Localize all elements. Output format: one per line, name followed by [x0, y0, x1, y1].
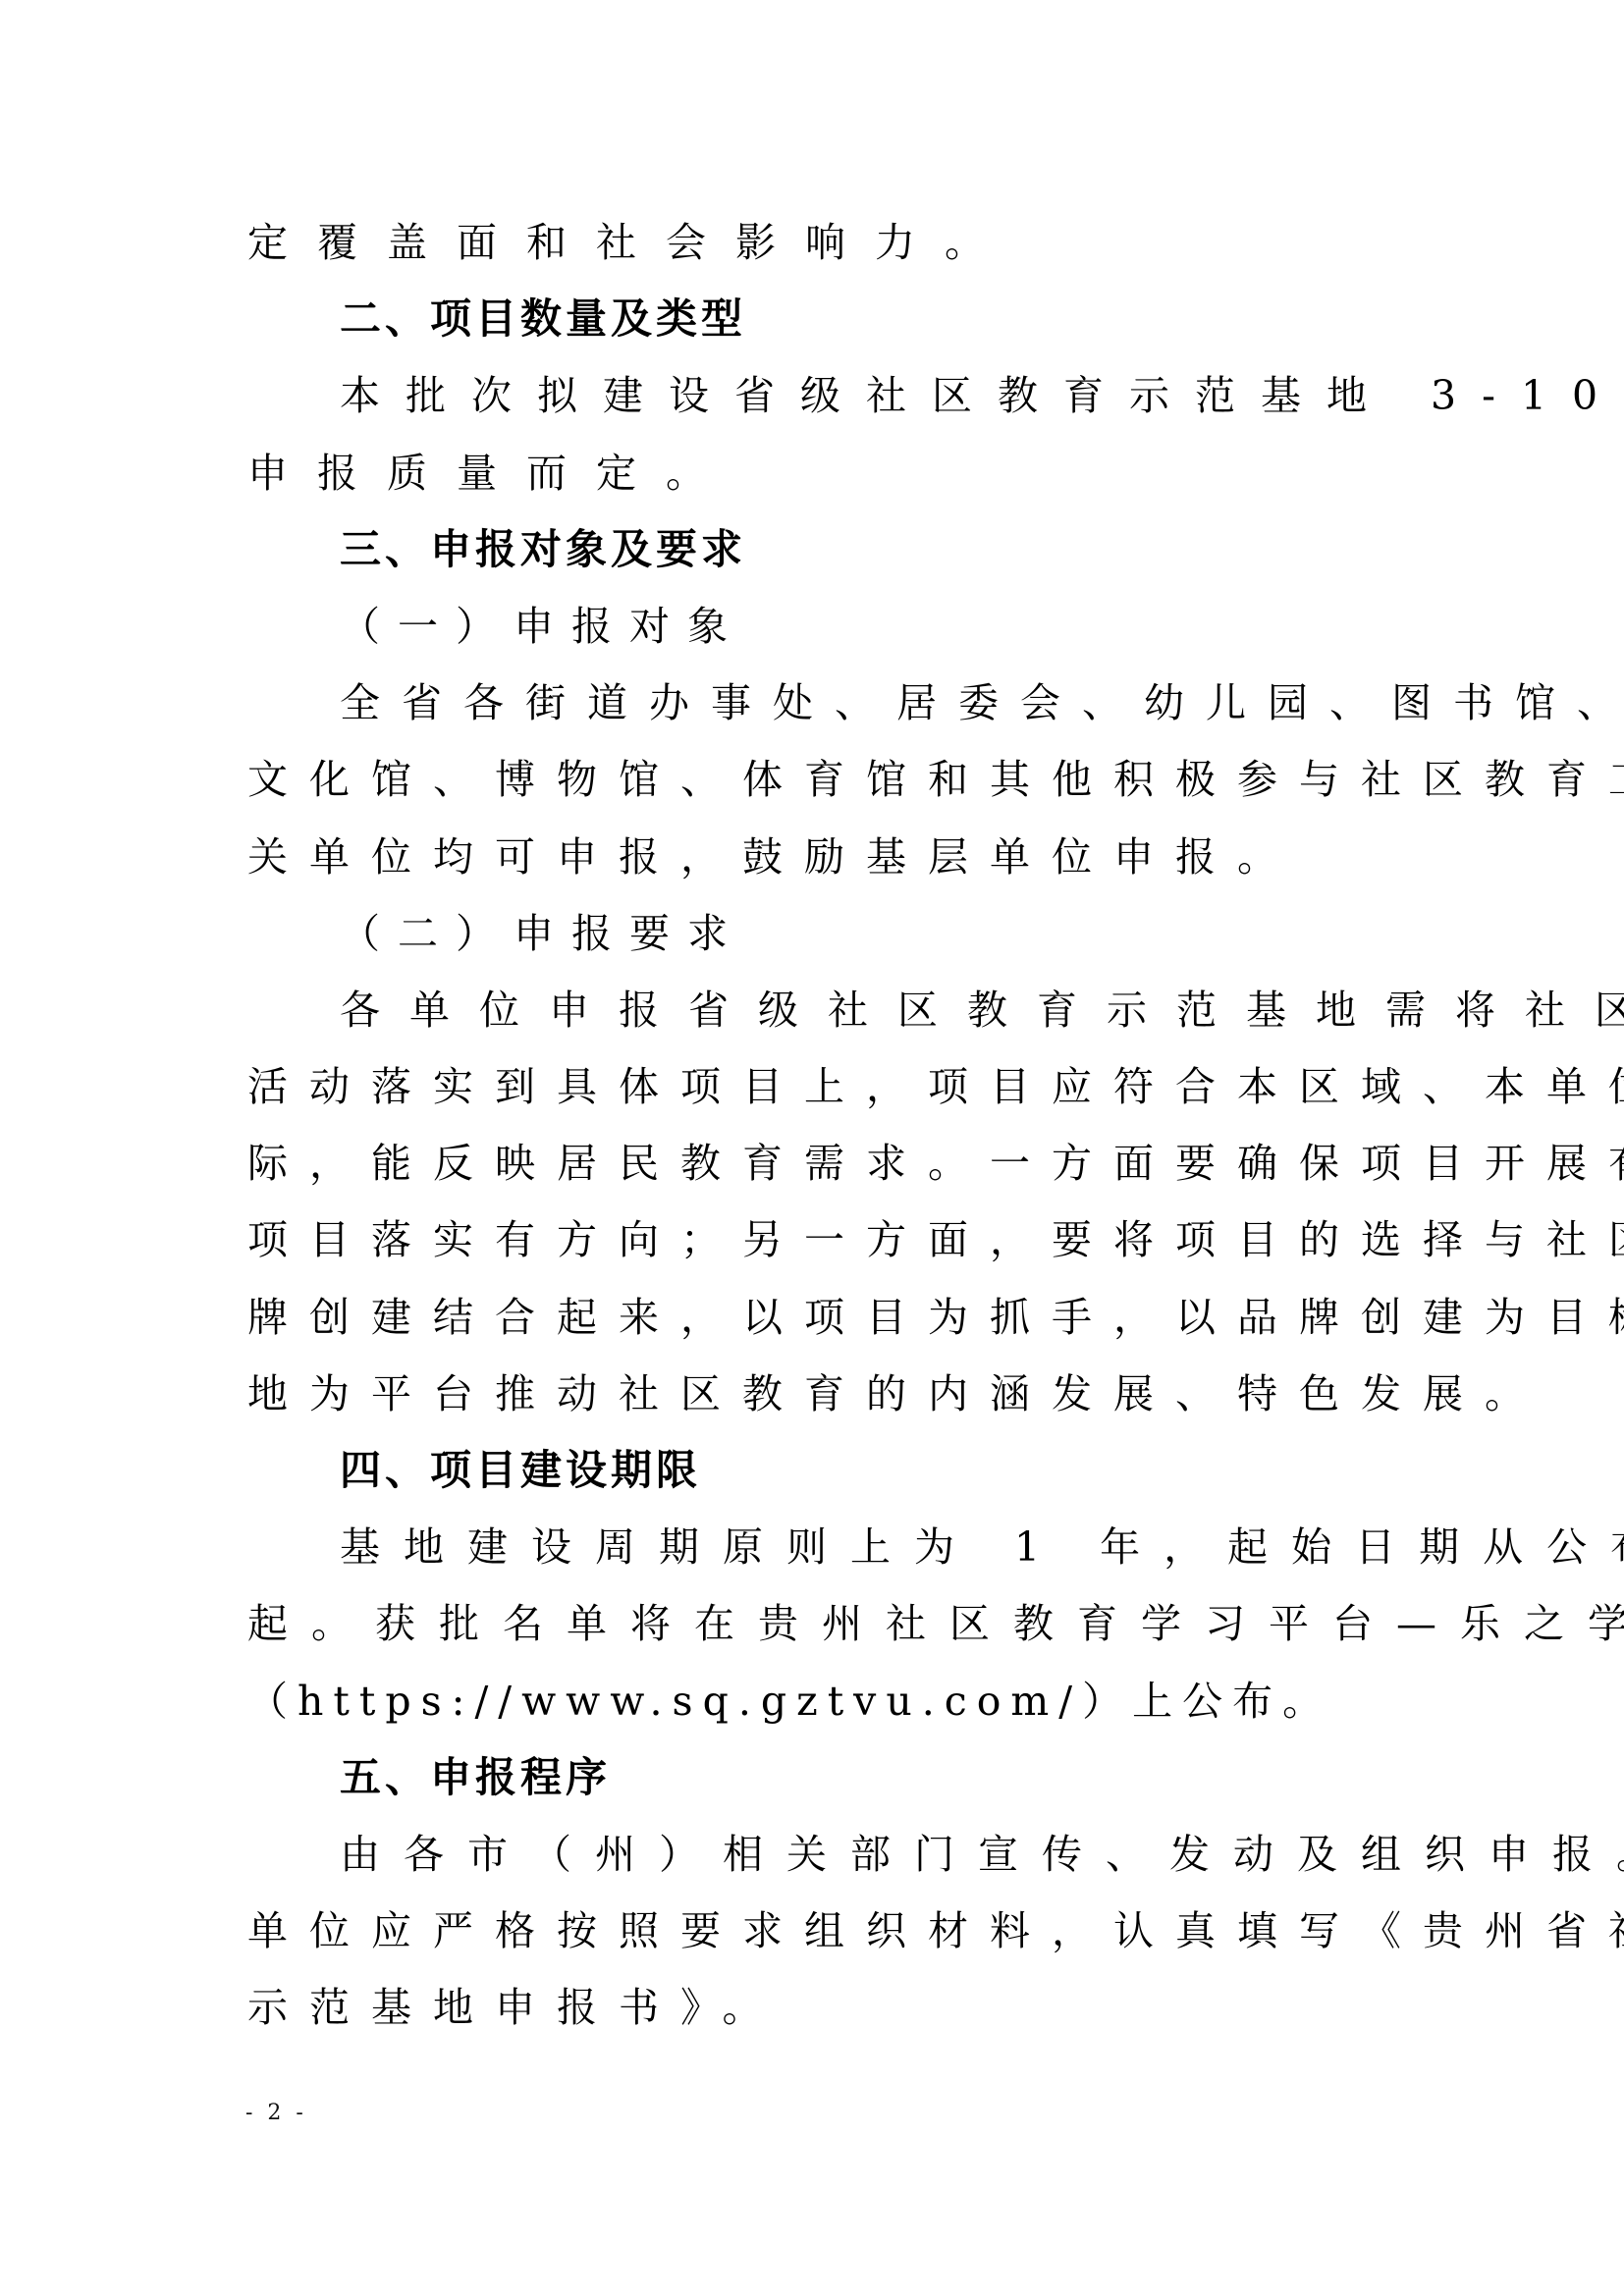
section-heading-5: 五、申报程序: [247, 1739, 1386, 1816]
body-line: 全省各街道办事处、居委会、幼儿园、图书馆、科技馆、: [247, 665, 1386, 741]
body-line: 单位应严格按照要求组织材料，认真填写《贵州省社区教育: [247, 1893, 1386, 1969]
body-line: 各单位申报省级社区教育示范基地需将社区教育教学: [247, 972, 1386, 1048]
body-line: 基地建设周期原则上为 1 年，起始日期从公布名单之日: [247, 1509, 1386, 1585]
document-page: 定覆盖面和社会影响力。 二、项目数量及类型 本批次拟建设省级社区教育示范基地 3…: [247, 204, 1386, 2047]
body-line: 本批次拟建设省级社区教育示范基地 3-10 个，具体视: [247, 357, 1386, 434]
body-line: 定覆盖面和社会影响力。: [247, 204, 1386, 281]
page-number: - 2 -: [245, 2101, 307, 2125]
body-line: 文化馆、博物馆、体育馆和其他积极参与社区教育工作的相: [247, 741, 1386, 818]
body-line: 际，能反映居民教育需求。一方面要确保项目开展有基础，: [247, 1125, 1386, 1201]
url-line: （https://www.sq.gztvu.com/）上公布。: [247, 1663, 1386, 1739]
body-line: 由各市（州）相关部门宣传、发动及组织申报。各申报: [247, 1816, 1386, 1893]
body-line: 关单位均可申报，鼓励基层单位申报。: [247, 819, 1386, 895]
section-heading-4: 四、项目建设期限: [247, 1432, 1386, 1509]
body-line: 地为平台推动社区教育的内涵发展、特色发展。: [247, 1356, 1386, 1432]
body-line: 示范基地申报书》。: [247, 1969, 1386, 2046]
section-heading-3: 三、申报对象及要求: [247, 511, 1386, 588]
subsection-heading-applicants: （一）申报对象: [247, 588, 1386, 665]
body-line: 活动落实到具体项目上，项目应符合本区域、本单位发展实: [247, 1048, 1386, 1125]
section-heading-2: 二、项目数量及类型: [247, 281, 1386, 357]
body-line: 项目落实有方向；另一方面，要将项目的选择与社区教育品: [247, 1201, 1386, 1278]
body-line: 申报质量而定。: [247, 435, 1386, 511]
body-line: 牌创建结合起来，以项目为抓手，以品牌创建为目标，以基: [247, 1279, 1386, 1356]
body-line: 起。获批名单将在贵州社区教育学习平台—乐之学习网: [247, 1585, 1386, 1662]
subsection-heading-requirements: （二）申报要求: [247, 895, 1386, 972]
